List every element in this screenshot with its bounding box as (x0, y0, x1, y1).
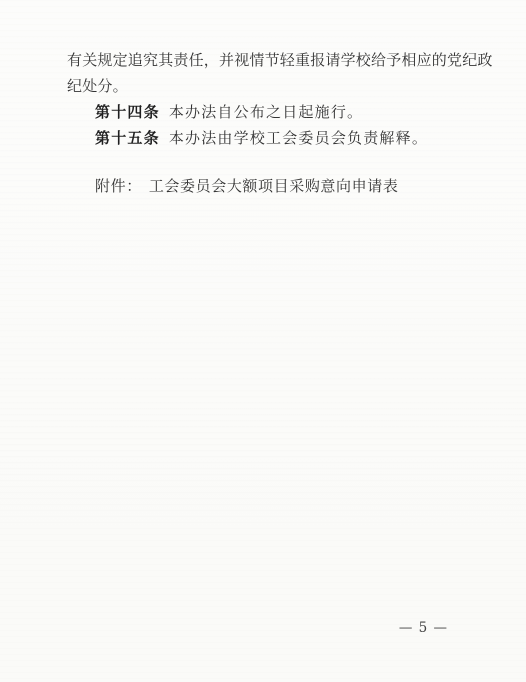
article-15-number: 第十五条 (95, 129, 160, 147)
paragraph-continuation-line-1: 有关规定追究其责任，并视情节轻重报请学校给予相应的党纪政 (67, 47, 497, 73)
paragraph-continuation-line-2: 纪处分。 (67, 73, 497, 99)
article-14-text: 本办法自公布之日起施行。 (169, 103, 363, 121)
document-page: 有关规定追究其责任，并视情节轻重报请学校给予相应的党纪政 纪处分。 第十四条本办… (0, 0, 526, 682)
article-clause-15: 第十五条本办法由学校工会委员会负责解释。 (67, 125, 497, 151)
article-14-number: 第十四条 (95, 103, 160, 121)
attachment-title: 工会委员会大额项目采购意向申请表 (149, 177, 399, 195)
page-number: — 5 — (399, 619, 448, 637)
article-clause-14: 第十四条本办法自公布之日起施行。 (67, 99, 497, 125)
article-15-text: 本办法由学校工会委员会负责解释。 (169, 129, 428, 147)
document-body: 有关规定追究其责任，并视情节轻重报请学校给予相应的党纪政 纪处分。 第十四条本办… (67, 47, 497, 199)
attachment-line: 附件：工会委员会大额项目采购意向申请表 (67, 173, 497, 199)
attachment-label: 附件： (95, 177, 142, 195)
